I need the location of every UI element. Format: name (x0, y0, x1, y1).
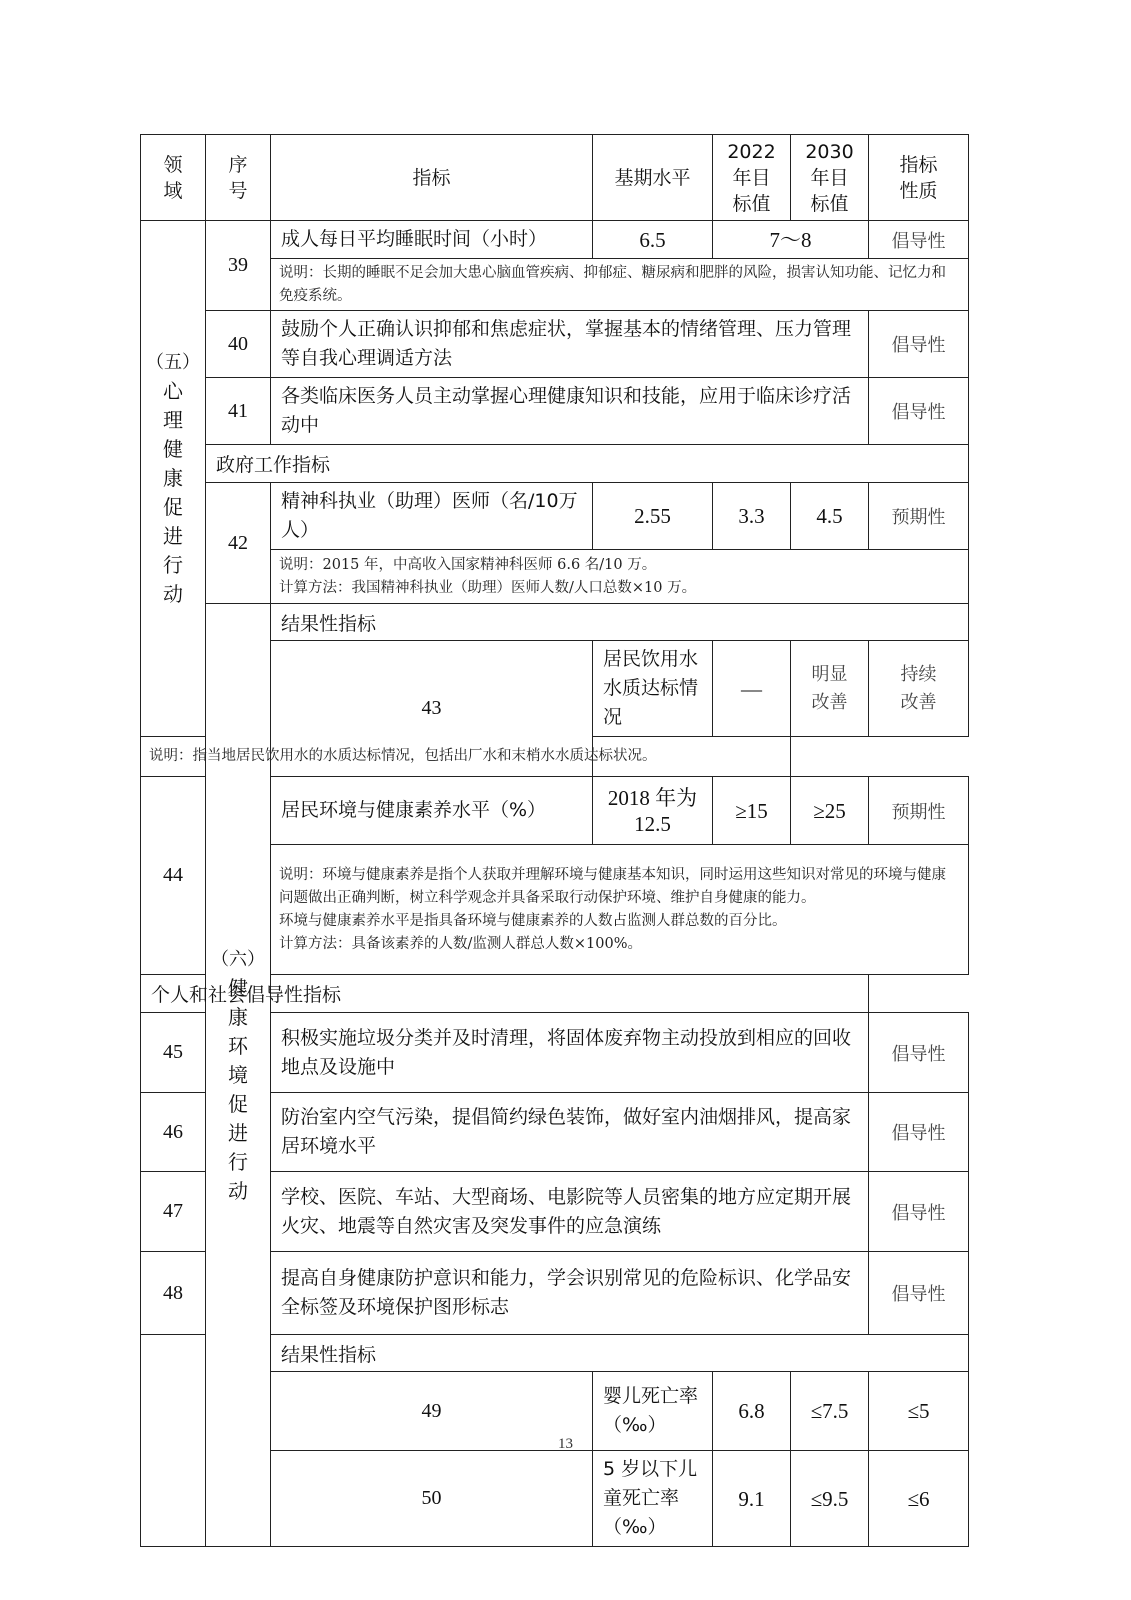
nature-cell: 倡导性 (869, 1252, 969, 1335)
seq-cell: 39 (206, 221, 271, 311)
note-cell: 说明：指当地居民饮用水的水质达标情况，包括出厂水和末梢水水质达标状况。 (141, 737, 791, 777)
domain-number: （五） (141, 348, 205, 377)
col-header-nature: 指标 性质 (869, 135, 969, 221)
domain-name: 心 理 健 康 促 进 行 动 (141, 377, 205, 609)
subheader-row-result: （六） 健 康 环 境 促 进 行 动 结果性指标 (141, 604, 969, 641)
note-cell: 说明：2015 年，中高收入国家精神科医师 6.6 名/10 万。 计算方法：我… (271, 550, 969, 604)
note-line: 计算方法：具备该素养的人数/监测人群总人数×100%。 (279, 933, 960, 956)
domain-cell-mental-health: （五） 心 理 健 康 促 进 行 动 (141, 221, 206, 737)
seq-cell: 41 (206, 378, 271, 445)
target-2022-cell: 3.3 (713, 483, 791, 550)
target-2022-cell: ≥15 (713, 777, 791, 845)
seq-cell: 48 (141, 1252, 206, 1335)
domain-number: （六） (206, 945, 270, 974)
indicator-cell: 成人每日平均睡眠时间（小时） (271, 221, 593, 259)
indicator-cell: 居民环境与健康素养水平（%） (271, 777, 593, 845)
baseline-value: 2018 年为 12.5 (608, 786, 697, 836)
indicator-cell: 提高自身健康防护意识和能力，学会识别常见的危险标识、化学品安全标签及环境保护图形… (271, 1252, 869, 1335)
indicator-cell: 5 岁以下儿童死亡率（‰） (593, 1451, 713, 1547)
table-row-41: 41 各类临床医务人员主动掌握心理健康知识和技能，应用于临床诊疗活动中 倡导性 (141, 378, 969, 445)
col-header-target-2030-label: 2030 年目 标值 (805, 141, 853, 215)
seq-cell: 50 (271, 1451, 593, 1547)
nature-cell: 预期性 (869, 777, 969, 845)
target-2030-cell: 4.5 (791, 483, 869, 550)
col-header-domain-label: 领 域 (163, 154, 182, 202)
nature-cell: 倡导性 (869, 378, 969, 445)
indicator-cell: 精神科执业（助理）医师（名/10万人） (271, 483, 593, 550)
col-header-target-2022: 2022 年目 标值 (713, 135, 791, 221)
note-row-43: 说明：指当地居民饮用水的水质达标情况，包括出厂水和末梢水水质达标状况。 (141, 737, 969, 777)
page-number: 13 (0, 1436, 1131, 1453)
note-cell: 说明：环境与健康素养是指个人获取并理解环境与健康基本知识，同时运用这些知识对常见… (271, 845, 969, 975)
subheader-row-gov: 政府工作指标 (141, 445, 969, 483)
indicator-table: 领 域 序 号 指标 基期水平 2022 年目 标值 2030 年目 标值 指标… (140, 134, 969, 1547)
seq-cell: 44 (141, 777, 206, 975)
nature-cell: 倡导性 (869, 1013, 969, 1093)
seq-cell: 45 (141, 1013, 206, 1093)
target-2030-cell: ≤6 (869, 1451, 969, 1547)
baseline-cell: 2018 年为 12.5 (593, 777, 713, 845)
target-cell: 7～8 (713, 221, 869, 259)
subheader-result-indicators: 结果性指标 (271, 604, 969, 641)
nature-cell: 倡导性 (869, 1172, 969, 1252)
target-2030-cell: 持续 改善 (869, 641, 969, 737)
subheader-personal-social-indicators: 个人和社会倡导性指标 (141, 975, 869, 1013)
seq-cell: 46 (141, 1093, 206, 1172)
subheader-row-personal: 个人和社会倡导性指标 (141, 975, 969, 1013)
subheader-gov-indicators: 政府工作指标 (206, 445, 969, 483)
table-row-40: 40 鼓励个人正确认识抑郁和焦虑症状，掌握基本的情绪管理、压力管理等自我心理调适… (141, 311, 969, 378)
note-cell: 说明：长期的睡眠不足会加大患心脑血管疾病、抑郁症、糖尿病和肥胖的风险，损害认知功… (271, 259, 969, 311)
col-header-indicator: 指标 (271, 135, 593, 221)
seq-cell: 47 (141, 1172, 206, 1252)
note-line: 计算方法：我国精神科执业（助理）医师人数/人口总数×10 万。 (279, 577, 960, 600)
target-2030-value: 持续 改善 (901, 664, 937, 713)
col-header-target-2030: 2030 年目 标值 (791, 135, 869, 221)
target-2022-value: 明显 改善 (812, 664, 848, 713)
note-line: 说明：2015 年，中高收入国家精神科医师 6.6 名/10 万。 (279, 554, 960, 577)
baseline-cell: 2.55 (593, 483, 713, 550)
col-header-nature-label: 指标 性质 (899, 154, 937, 202)
target-2022-cell: ≤9.5 (791, 1451, 869, 1547)
subheader-result-indicators: 结果性指标 (271, 1335, 969, 1372)
indicator-cell: 各类临床医务人员主动掌握心理健康知识和技能，应用于临床诊疗活动中 (271, 378, 869, 445)
col-header-domain: 领 域 (141, 135, 206, 221)
baseline-cell: 6.5 (593, 221, 713, 259)
indicator-cell: 学校、医院、车站、大型商场、电影院等人员密集的地方应定期开展火灾、地震等自然灾害… (271, 1172, 869, 1252)
target-2022-cell: 明显 改善 (791, 641, 869, 737)
indicator-cell: 防治室内空气污染，提倡简约绿色装饰，做好室内油烟排风，提高家居环境水平 (271, 1093, 869, 1172)
baseline-cell: 9.1 (713, 1451, 791, 1547)
nature-cell: 倡导性 (869, 1093, 969, 1172)
target-2030-cell: ≥25 (791, 777, 869, 845)
indicator-cell: 居民饮用水水质达标情况 (593, 641, 713, 737)
indicator-cell: 鼓励个人正确认识抑郁和焦虑症状，掌握基本的情绪管理、压力管理等自我心理调适方法 (271, 311, 869, 378)
table-header-row: 领 域 序 号 指标 基期水平 2022 年目 标值 2030 年目 标值 指标… (141, 135, 969, 221)
note-line: 环境与健康素养水平是指具备环境与健康素养的人数占监测人群总数的百分比。 (279, 910, 960, 933)
nature-cell: 倡导性 (869, 311, 969, 378)
col-header-target-2022-label: 2022 年目 标值 (727, 141, 775, 215)
col-header-seq: 序 号 (206, 135, 271, 221)
seq-cell: 42 (206, 483, 271, 604)
nature-cell: 预期性 (869, 483, 969, 550)
col-header-seq-label: 序 号 (228, 154, 247, 202)
table-row-39: （五） 心 理 健 康 促 进 行 动 39 成人每日平均睡眠时间（小时） 6.… (141, 221, 969, 259)
indicator-cell: 积极实施垃圾分类并及时清理，将固体废弃物主动投放到相应的回收地点及设施中 (271, 1013, 869, 1093)
seq-cell: 40 (206, 311, 271, 378)
note-line: 说明：环境与健康素养是指个人获取并理解环境与健康基本知识，同时运用这些知识对常见… (279, 864, 960, 910)
baseline-cell: — (713, 641, 791, 737)
col-header-baseline: 基期水平 (593, 135, 713, 221)
table-row-42: 42 精神科执业（助理）医师（名/10万人） 2.55 3.3 4.5 预期性 (141, 483, 969, 550)
nature-cell: 倡导性 (869, 221, 969, 259)
